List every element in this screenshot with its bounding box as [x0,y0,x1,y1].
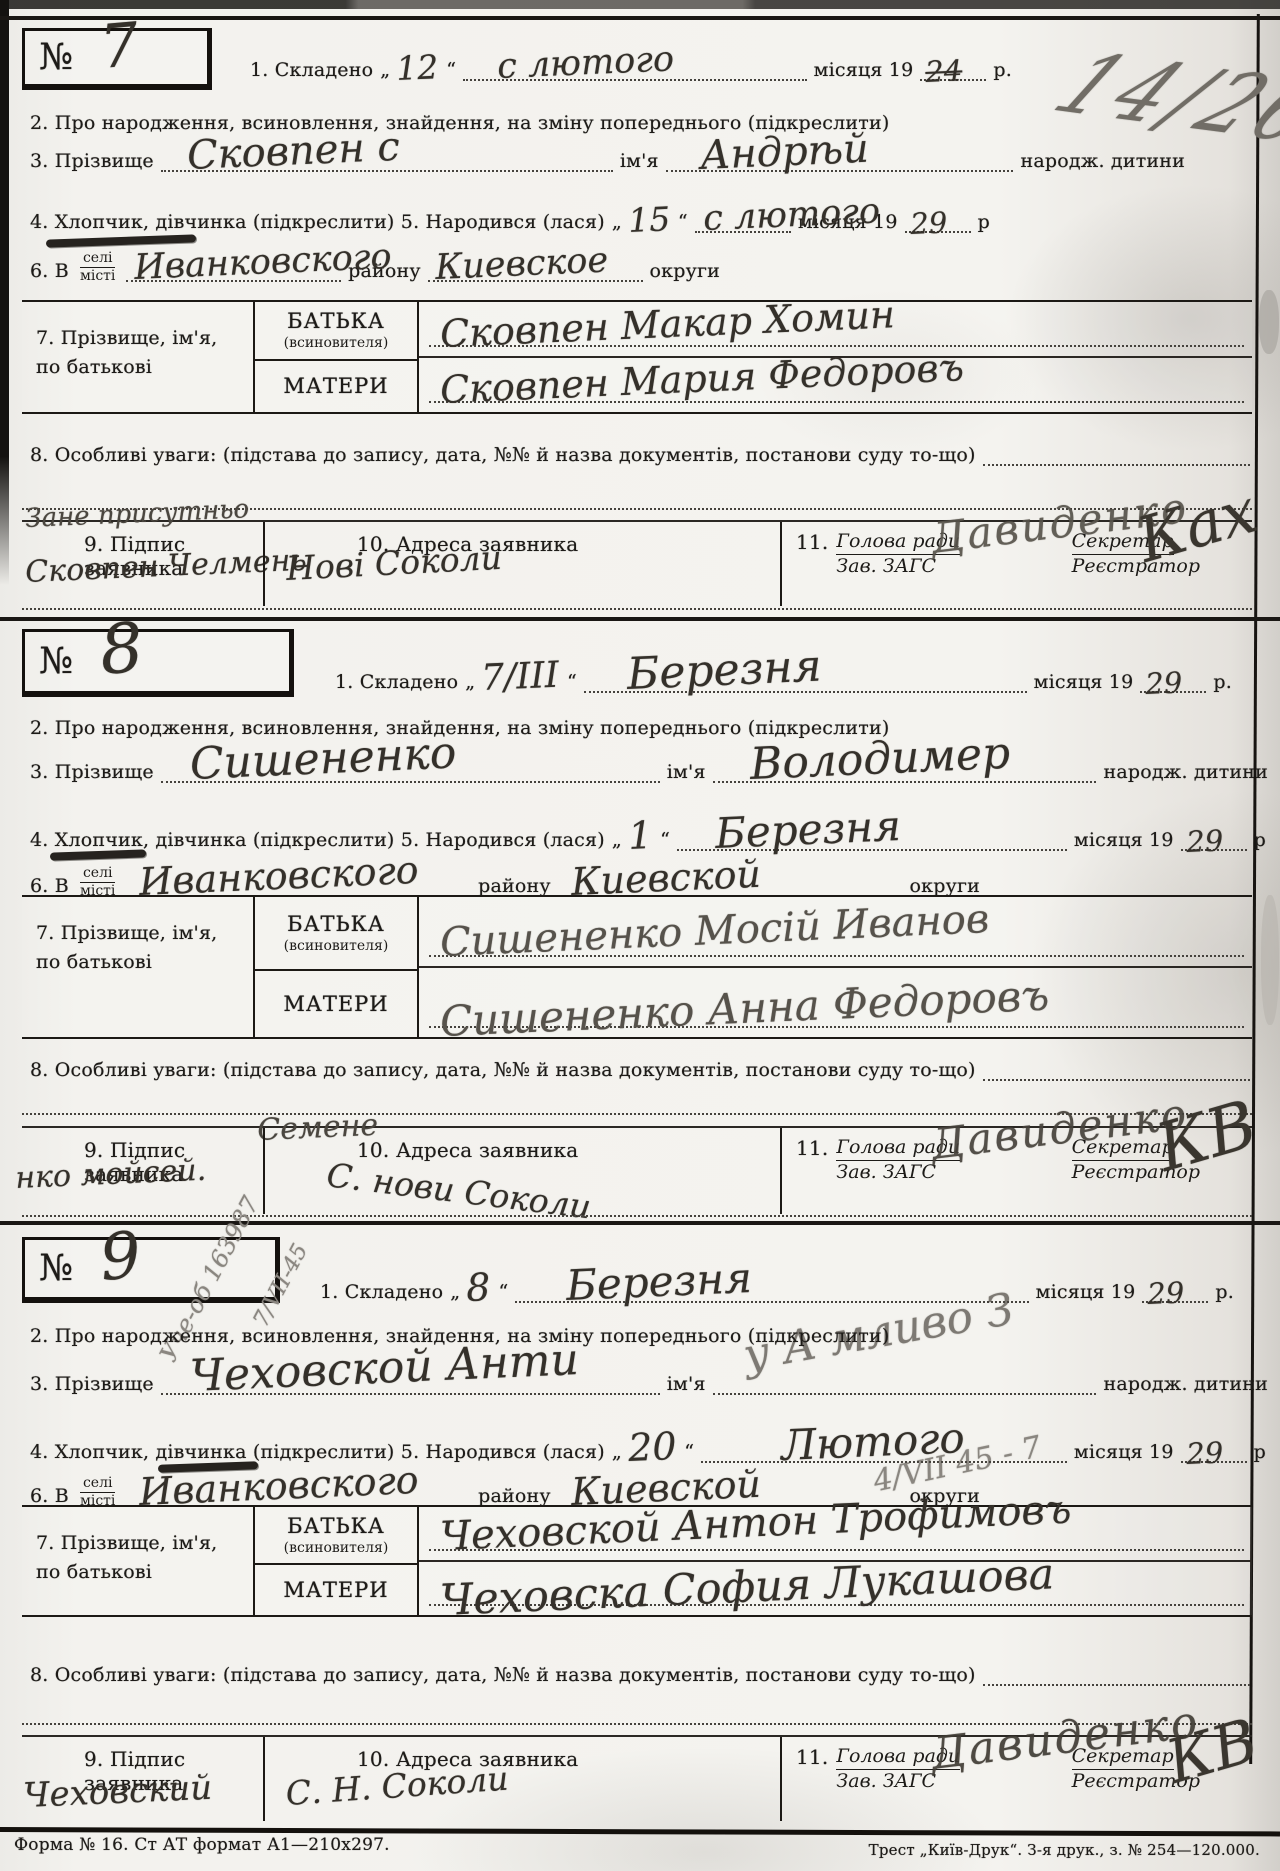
record-type-row: 2. Про народження, всиновлення, знайденн… [30,112,1250,134]
child-label: народж. дитини [1020,150,1185,172]
father-label-cell: БАТЬКА (всиновителя) [255,302,417,361]
mother-handwriting: Сковпен Мария Федоровъ [439,348,964,409]
close-quote: “ [567,671,577,693]
parents-entries: Чеховской Антон Трофимовъ Чеховска София… [419,1507,1252,1615]
record-type-row: 2. Про народження, всиновлення, знайденн… [30,717,1250,739]
parents-box: 7. Прізвище, ім'я, по батькові БАТЬКА (в… [22,300,1252,414]
year-label: р [978,211,990,233]
parents-label-line2: по батькові [36,1558,253,1587]
surname-handwriting: Сковпен с [186,127,400,176]
applicant-address-cell: 10. Адреса заявника С. нови Соколи [263,1128,780,1214]
composed-row: 1. Складено „ 8 “ Березня місяця 19 29 р… [320,1269,1234,1303]
parents-box: 7. Прізвище, ім'я, по батькові БАТЬКА (в… [22,1505,1252,1617]
village-line: Иванковского [126,873,471,897]
birth-month-handwriting: с лютого [703,194,881,237]
year-label: р [1254,829,1266,851]
sex-birth-label: 4. Хлопчик, дівчинка (підкреслити) 5. На… [30,1441,605,1463]
composed-month-line: Березня [515,1279,1028,1303]
surname-label: 3. Прізвище [30,761,154,783]
parents-label-line1: 7. Прізвище, ім'я, [36,324,253,353]
record-top-border [0,1221,1280,1225]
remarks-label: 8. Особливі уваги: (підстава до запису, … [30,444,976,466]
mother-label-cell: МАТЕРИ [255,361,417,412]
surname-line: Чеховской Анти [161,1371,660,1395]
birth-year-handwriting: 29 [1185,826,1223,857]
composed-day-handwriting: 8 [466,1268,492,1307]
father-entry: Чеховской Антон Трофимовъ [419,1507,1252,1562]
applicant-signature-cell: 9. Підпис заявника Семене нко мойсей. [22,1128,263,1214]
head-line2: Зав. ЗАГС [836,555,936,578]
open-quote: „ [465,671,475,693]
no-label: № [39,1248,73,1289]
village-handwriting: Иванковского [139,1460,420,1510]
child-name-row: 3. Прізвище Сковпен с ім'я Андрѣй народж… [30,148,1185,172]
month-19-label: місяця 19 [1036,1281,1136,1303]
remarks-row: 8. Особливі уваги: (підстава до запису, … [30,442,1250,466]
mother-entry: Сковпен Мария Федоровъ [419,358,1252,412]
close-quote: “ [446,59,456,81]
birth-date-row: 4. Хлопчик, дівчинка (підкреслити) 5. На… [30,1429,1266,1463]
month-19-label: місяця 19 [1074,1441,1174,1463]
place-row: 6. В селімісті Иванковского району Киевс… [30,250,720,282]
birth-month-line: Лютого [701,1439,1067,1463]
open-quote: „ [612,1441,622,1463]
composed-day-handwriting: 7/ІІІ [481,658,560,697]
signature-row: 9. Підпис заявника Чеховский 10. Адреса … [22,1737,1252,1821]
composed-month-line: Березня [584,669,1027,693]
signature-bottom-dotted-line [22,608,1252,610]
composed-day-handwriting: 12 [396,50,439,85]
composed-label: 1. Складено [335,671,458,693]
father-entry: Сковпен Макар Хомин [419,302,1252,358]
close-quote: “ [678,211,688,233]
name-handwriting: Володимер [749,732,1011,787]
father-mother-labels: БАТЬКА (всиновителя) МАТЕРИ [253,1507,419,1615]
birth-year-line: 29 [905,209,971,233]
okruha-label: округи [910,875,980,897]
birth-month-line: с лютого [695,209,791,233]
parents-label-line1: 7. Прізвище, ім'я, [36,1529,253,1558]
surname-line: Сковпен с [161,148,613,172]
applicant-address-handwriting: С. Н. Соколи [285,1762,510,1810]
name-line [713,1371,1097,1395]
open-quote: „ [380,59,390,81]
birth-day-handwriting: 20 [627,1427,677,1467]
father-label: БАТЬКА [255,1514,417,1538]
district-label: району [478,875,551,897]
signature-bottom-dotted-line [22,1215,1252,1217]
birth-date-row: 4. Хлопчик, дівчинка (підкреслити) 5. На… [30,817,1266,851]
composed-year-line: 29 [1140,669,1206,693]
parents-label: 7. Прізвище, ім'я, по батькові [22,897,253,1037]
birth-month-line: Березня [677,827,1067,851]
year-label: р. [1215,1281,1234,1303]
surname-line: Сишененко [161,759,660,783]
composed-row: 1. Складено „ 12 “ с лютого місяця 19 24… [250,52,1012,81]
composed-year-handwriting: 24 [925,56,963,87]
composed-year-line: 24 [920,57,986,81]
record-number-handwriting: 7 [98,14,141,77]
father-mother-labels: БАТЬКА (всиновителя) МАТЕРИ [253,302,419,412]
father-handwriting: Сишененко Мосій Иванов [439,899,990,963]
composed-month-handwriting: Березня [565,1257,752,1307]
district-label: району [478,1485,551,1507]
remarks-row: 8. Особливі уваги: (підстава до запису, … [30,1057,1250,1081]
scan-top-edge [0,0,1280,9]
record-number-handwriting: 8 [97,614,146,686]
applicant-signature-cell: 9. Підпис заявника Зане присутньо Сковпе… [22,522,263,606]
composed-row: 1. Складено „ 7/ІІІ “ Березня місяця 19 … [335,661,1232,693]
father-label-cell: БАТЬКА (всиновителя) [255,897,417,971]
record-block-1: № 7 1. Складено „ 12 “ с лютого місяця 1… [0,16,1280,617]
father-label: БАТЬКА [255,912,417,936]
name-label: ім'я [667,761,706,783]
father-label-cell: БАТЬКА (всиновителя) [255,1507,417,1565]
item-11-label: 11. [796,1745,828,1769]
village-option: селі [80,1475,116,1493]
remarks-line [983,1662,1250,1686]
close-quote: “ [660,829,670,851]
surname-label: 3. Прізвище [30,1373,154,1395]
mother-label-cell: МАТЕРИ [255,971,417,1037]
name-line: Володимер [713,759,1097,783]
open-quote: „ [612,829,622,851]
officials-cell: 11. Голова радиЗав. ЗАГС Давиденко Секре… [780,1128,1252,1214]
village-line: Иванковского [126,1483,471,1507]
in-label: 6. В [30,875,69,897]
district-line: Киевской [558,873,903,897]
in-label: 6. В [30,1485,69,1507]
remarks-line [983,442,1250,466]
district-line: Киевское [428,258,643,282]
father-mother-labels: БАТЬКА (всиновителя) МАТЕРИ [253,897,419,1037]
village-city-fraction: селімісті [80,250,116,285]
child-name-row: 3. Прізвище Сишененко ім'я Володимер нар… [30,759,1268,783]
surname-handwriting: Сишененко [189,731,457,787]
record-top-border [0,16,1280,20]
birth-year-line: 29 [1181,1439,1247,1463]
parents-entries: Сковпен Макар Хомин Сковпен Мария Федоро… [419,302,1252,412]
applicant-address-handwriting: Нові Соколи [285,541,502,585]
head-line2: Зав. ЗАГС [836,1161,936,1184]
record-block-3: № 9 Уче-об 163987 7/VII-45 у А мливо З 4… [0,1221,1280,1827]
remarks-label: 8. Особливі уваги: (підстава до запису, … [30,1059,976,1081]
applicant-address-cell: 10. Адреса заявника С. Н. Соколи [263,1737,780,1821]
applicant-address-handwriting: С. нови Соколи [325,1158,593,1223]
record-number-box: № 7 [22,28,212,90]
mother-handwriting: Сишененко Анна Федоровъ [439,974,1050,1043]
mother-entry: Чеховска София Лукашова [419,1562,1252,1615]
adopter-label: (всиновителя) [255,938,417,954]
signature-row: 9. Підпис заявника Семене нко мойсей. 10… [22,1128,1252,1214]
surname-label: 3. Прізвище [30,150,154,172]
place-row: 6. В селімісті Иванковского району Киевс… [30,865,980,897]
district-handwriting: Киевской [570,854,761,900]
open-quote: „ [450,1281,460,1303]
composed-year-handwriting: 29 [1145,668,1183,699]
birth-month-handwriting: Березня [714,805,901,855]
birth-year-handwriting: 29 [1185,1438,1223,1469]
applicant-address-label: 10. Адреса заявника [357,1138,578,1162]
composed-year-handwriting: 29 [1147,1278,1185,1309]
parents-label-line2: по батькові [36,948,253,977]
month-19-label: місяця 19 [1034,671,1134,693]
child-label: народж. дитини [1103,761,1268,783]
officials-cell: 11. Голова радиЗав. ЗАГС Давиденко Секре… [780,1737,1252,1821]
birth-date-row: 4. Хлопчик, дівчинка (підкреслити) 5. На… [30,204,990,233]
composed-month-handwriting: с лютого [496,42,674,85]
footer-form-imprint: Форма № 16. Ст АТ формат А1—210х297. [14,1835,390,1855]
mother-label: МАТЕРИ [283,374,388,398]
record-top-border [0,617,1280,621]
child-name-row: 3. Прізвище Чеховской Анти ім'я народж. … [30,1371,1268,1395]
surname-handwriting: Чеховской Анти [189,1338,580,1399]
record-type-label: 2. Про народження, всиновлення, знайденн… [30,717,889,739]
mother-entry: Сишененко Анна Федоровъ [419,968,1252,1037]
name-label: ім'я [667,1373,706,1395]
district-handwriting: Киевское [435,243,609,286]
birth-year-handwriting: 29 [909,208,947,239]
record-number-box: № 8 [22,629,294,697]
composed-year-line: 29 [1142,1279,1208,1303]
boy-underline-ink-mark [50,849,146,860]
remarks-line [983,1057,1250,1081]
close-quote: “ [684,1441,694,1463]
year-label: р. [993,59,1012,81]
parents-box: 7. Прізвище, ім'я, по батькові БАТЬКА (в… [22,895,1252,1039]
item-11-label: 11. [796,1136,828,1160]
applicant-signature-top: Зане присутньо [25,496,250,532]
birth-year-line: 29 [1181,827,1247,851]
month-19-label: місяця 19 [814,59,914,81]
okruha-label: округи [650,260,720,282]
record-type-row: 2. Про народження, всиновлення, знайденн… [30,1325,1250,1347]
parents-label: 7. Прізвище, ім'я, по батькові [22,302,253,412]
in-label: 6. В [30,260,69,282]
parents-label: 7. Прізвище, ім'я, по батькові [22,1507,253,1615]
composed-month-handwriting: Березня [626,645,822,697]
birth-day-handwriting: 15 [627,202,670,237]
item-11-label: 11. [796,530,828,554]
city-option: місті [80,268,115,285]
remarks-label: 8. Особливі уваги: (підстава до запису, … [30,1664,976,1686]
birth-month-handwriting: Лютого [780,1417,965,1467]
signature-row: 9. Підпис заявника Зане присутньо Сковпе… [22,522,1252,606]
child-label: народж. дитини [1103,1373,1268,1395]
no-label: № [39,641,73,682]
head-line2: Зав. ЗАГС [836,1770,936,1793]
adopter-label: (всиновителя) [255,335,417,351]
composed-month-line: с лютого [463,57,806,81]
applicant-signature-handwriting: нко мойсей. [15,1156,207,1194]
year-label: р [1254,1441,1266,1463]
open-quote: „ [612,211,622,233]
name-line: Андрѣй [666,148,1014,172]
adopter-label: (всиновителя) [255,1540,417,1556]
mother-handwriting: Чеховска София Лукашова [439,1553,1055,1623]
birth-day-handwriting: 1 [627,816,653,855]
no-label: № [39,37,73,78]
mother-label: МАТЕРИ [283,992,388,1016]
name-handwriting: Андрѣй [699,129,869,176]
close-quote: “ [498,1281,508,1303]
mother-label-cell: МАТЕРИ [255,1565,417,1615]
applicant-address-cell: 10. Адреса заявника Нові Соколи [263,522,780,606]
applicant-signature-handwriting: Чеховский [23,1771,213,1813]
village-option: селі [80,250,116,268]
mother-label: МАТЕРИ [283,1578,388,1602]
footer-printer-imprint: Трест „Київ-Друк“. З-я друк., з. № 254—1… [869,1841,1260,1859]
applicant-signature-cell: 9. Підпис заявника Чеховский [22,1737,263,1821]
father-entry: Сишененко Мосій Иванов [419,897,1252,968]
record-block-2: № 8 1. Складено „ 7/ІІІ “ Березня місяця… [0,617,1280,1221]
composed-label: 1. Складено [320,1281,443,1303]
village-handwriting: Иванковского [139,850,420,900]
parents-entries: Сишененко Мосій Иванов Сишененко Анна Фе… [419,897,1252,1037]
parents-label-line1: 7. Прізвище, ім'я, [36,919,253,948]
village-option: селі [80,865,116,883]
village-line: Иванковского [126,258,341,282]
sex-birth-label: 4. Хлопчик, дівчинка (підкреслити) 5. На… [30,211,605,233]
composed-label: 1. Складено [250,59,373,81]
parents-label-line2: по батькові [36,353,253,382]
name-label: ім'я [620,150,659,172]
father-label: БАТЬКА [255,309,417,333]
year-label: р. [1213,671,1232,693]
month-19-label: місяця 19 [1074,829,1174,851]
record-number-handwriting: 9 [98,1223,144,1290]
sex-birth-label: 4. Хлопчик, дівчинка (підкреслити) 5. На… [30,829,605,851]
remarks-row: 8. Особливі уваги: (підстава до запису, … [30,1662,1250,1686]
officials-cell: 11. Голова радиЗав. ЗАГС Давиденко Секре… [780,522,1252,606]
